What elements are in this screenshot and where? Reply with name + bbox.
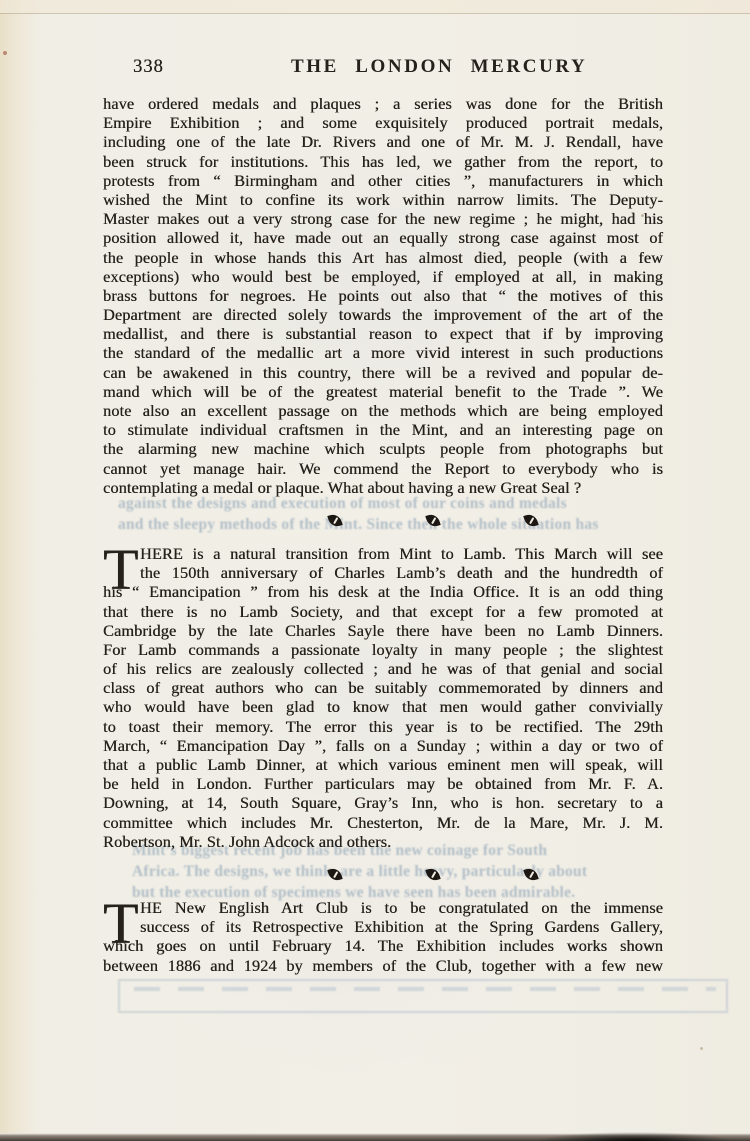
- text-line: For Lamb commands a passionate loyalty i…: [103, 640, 663, 659]
- bleedthrough-box-dashes: [134, 987, 716, 991]
- text-line: wished the Mint to confine its work with…: [103, 190, 663, 209]
- leaf-ornament-icon: [523, 512, 538, 528]
- text-line: exceptions) who would best be employed, …: [103, 267, 663, 286]
- leaf-ornament-icon: [327, 512, 342, 528]
- leaf-ornament-icon: [425, 866, 440, 882]
- text-line: Master makes out a very strong case for …: [103, 209, 663, 228]
- text-line: the standard of the medallic art a more …: [103, 343, 663, 362]
- text-line: Robertson, Mr. St. John Adcock and other…: [103, 832, 663, 851]
- text-line: including one of the late Dr. Rivers and…: [103, 132, 663, 151]
- text-line: of his relics are zealously collected ; …: [103, 659, 663, 678]
- leaf-vein: [333, 872, 338, 879]
- scan-edge-dark-blob: [540, 1132, 730, 1141]
- text-line: March, “ Emancipation Day ”, falls on a …: [103, 736, 663, 755]
- paper-speck: [700, 1047, 703, 1050]
- leaf-vein: [529, 872, 534, 879]
- text-line: committee which includes Mr. Chesterton,…: [103, 813, 663, 832]
- body-paragraph: THE New English Art Club is to be congra…: [103, 898, 663, 975]
- scanned-book-page: against the designs and execution of mos…: [0, 0, 750, 1141]
- text-line: protests from “ Birmingham and other cit…: [103, 171, 663, 190]
- leaf-ornament-icon: [425, 512, 440, 528]
- leaf-ornament-icon: [327, 866, 342, 882]
- body-sections: have ordered medals and plaques ; a seri…: [103, 94, 663, 975]
- text-line: HERE is a natural transition from Mint t…: [140, 544, 663, 563]
- bleedthrough-box: [118, 979, 728, 1013]
- text-line: Department are directed solely towards t…: [103, 305, 663, 324]
- journal-title: THE LONDON MERCURY: [291, 56, 587, 78]
- text-line: the 150th anniversary of Charles Lamb’s …: [140, 563, 663, 582]
- text-line: his “ Emancipation ” from his desk at th…: [103, 582, 663, 601]
- scan-bottom-edge-shadow: [0, 1133, 750, 1141]
- text-line: Downing, at 14, South Square, Gray’s Inn…: [103, 793, 663, 812]
- leaf-vein: [431, 872, 436, 879]
- drop-cap: T: [103, 895, 138, 953]
- leaf-vein: [431, 518, 436, 525]
- text-line: be held in London. Further particulars m…: [103, 774, 663, 793]
- page-top-edge: [0, 0, 750, 13]
- body-paragraph: have ordered medals and plaques ; a seri…: [103, 94, 663, 497]
- text-line: brass buttons for negroes. He points out…: [103, 286, 663, 305]
- text-line: have ordered medals and plaques ; a seri…: [103, 94, 663, 113]
- text-line: the people in whose hands this Art has a…: [103, 248, 663, 267]
- body-paragraph: THERE is a natural transition from Mint …: [103, 544, 663, 851]
- text-line: to stimulate individual craftsmen in the…: [103, 420, 663, 439]
- text-line: note also an excellent passage on the me…: [103, 401, 663, 420]
- leaf-ornament-icon: [523, 866, 538, 882]
- text-line: success of its Retrospective Exhibition …: [140, 917, 663, 936]
- leaf-vein: [529, 518, 534, 525]
- text-line: Cambridge by the late Charles Sayle ther…: [103, 621, 663, 640]
- page-top-edge-line: [0, 13, 750, 14]
- text-column: 338 THE LONDON MERCURY have ordered meda…: [103, 56, 663, 975]
- text-line: cannot yet manage hair. We commend the R…: [103, 459, 663, 478]
- ornament-divider: [103, 867, 663, 882]
- text-line: to toast their memory. The error this ye…: [103, 717, 663, 736]
- text-line: Empire Exhibition ; and some exquisitely…: [103, 113, 663, 132]
- text-line: medallist, and there is substantial reas…: [103, 324, 663, 343]
- text-line: who would have been glad to know that me…: [103, 697, 663, 716]
- text-line: which goes on until February 14. The Exh…: [103, 936, 663, 955]
- text-line: that a public Lamb Dinner, at which vari…: [103, 755, 663, 774]
- paper-speck: [3, 51, 7, 55]
- text-line: class of great authors who can be suitab…: [103, 678, 663, 697]
- text-line: position allowed it, have made out an eq…: [103, 228, 663, 247]
- text-line: can be awakened in this country, there w…: [103, 363, 663, 382]
- text-line: mand which will be of the greatest mater…: [103, 382, 663, 401]
- running-head: 338 THE LONDON MERCURY: [103, 56, 663, 82]
- text-line: contemplating a medal or plaque. What ab…: [103, 478, 663, 497]
- drop-cap: T: [103, 541, 138, 599]
- ornament-divider: [103, 513, 663, 528]
- text-line: HE New English Art Club is to be congrat…: [140, 898, 663, 917]
- paper-speck: [641, 214, 644, 217]
- page-number: 338: [133, 57, 164, 78]
- text-line: that there is no Lamb Society, and that …: [103, 602, 663, 621]
- text-line: been struck for institutions. This has l…: [103, 152, 663, 171]
- text-line: between 1886 and 1924 by members of the …: [103, 956, 663, 975]
- text-line: the alarming new machine which sculpts p…: [103, 439, 663, 458]
- leaf-vein: [333, 518, 338, 525]
